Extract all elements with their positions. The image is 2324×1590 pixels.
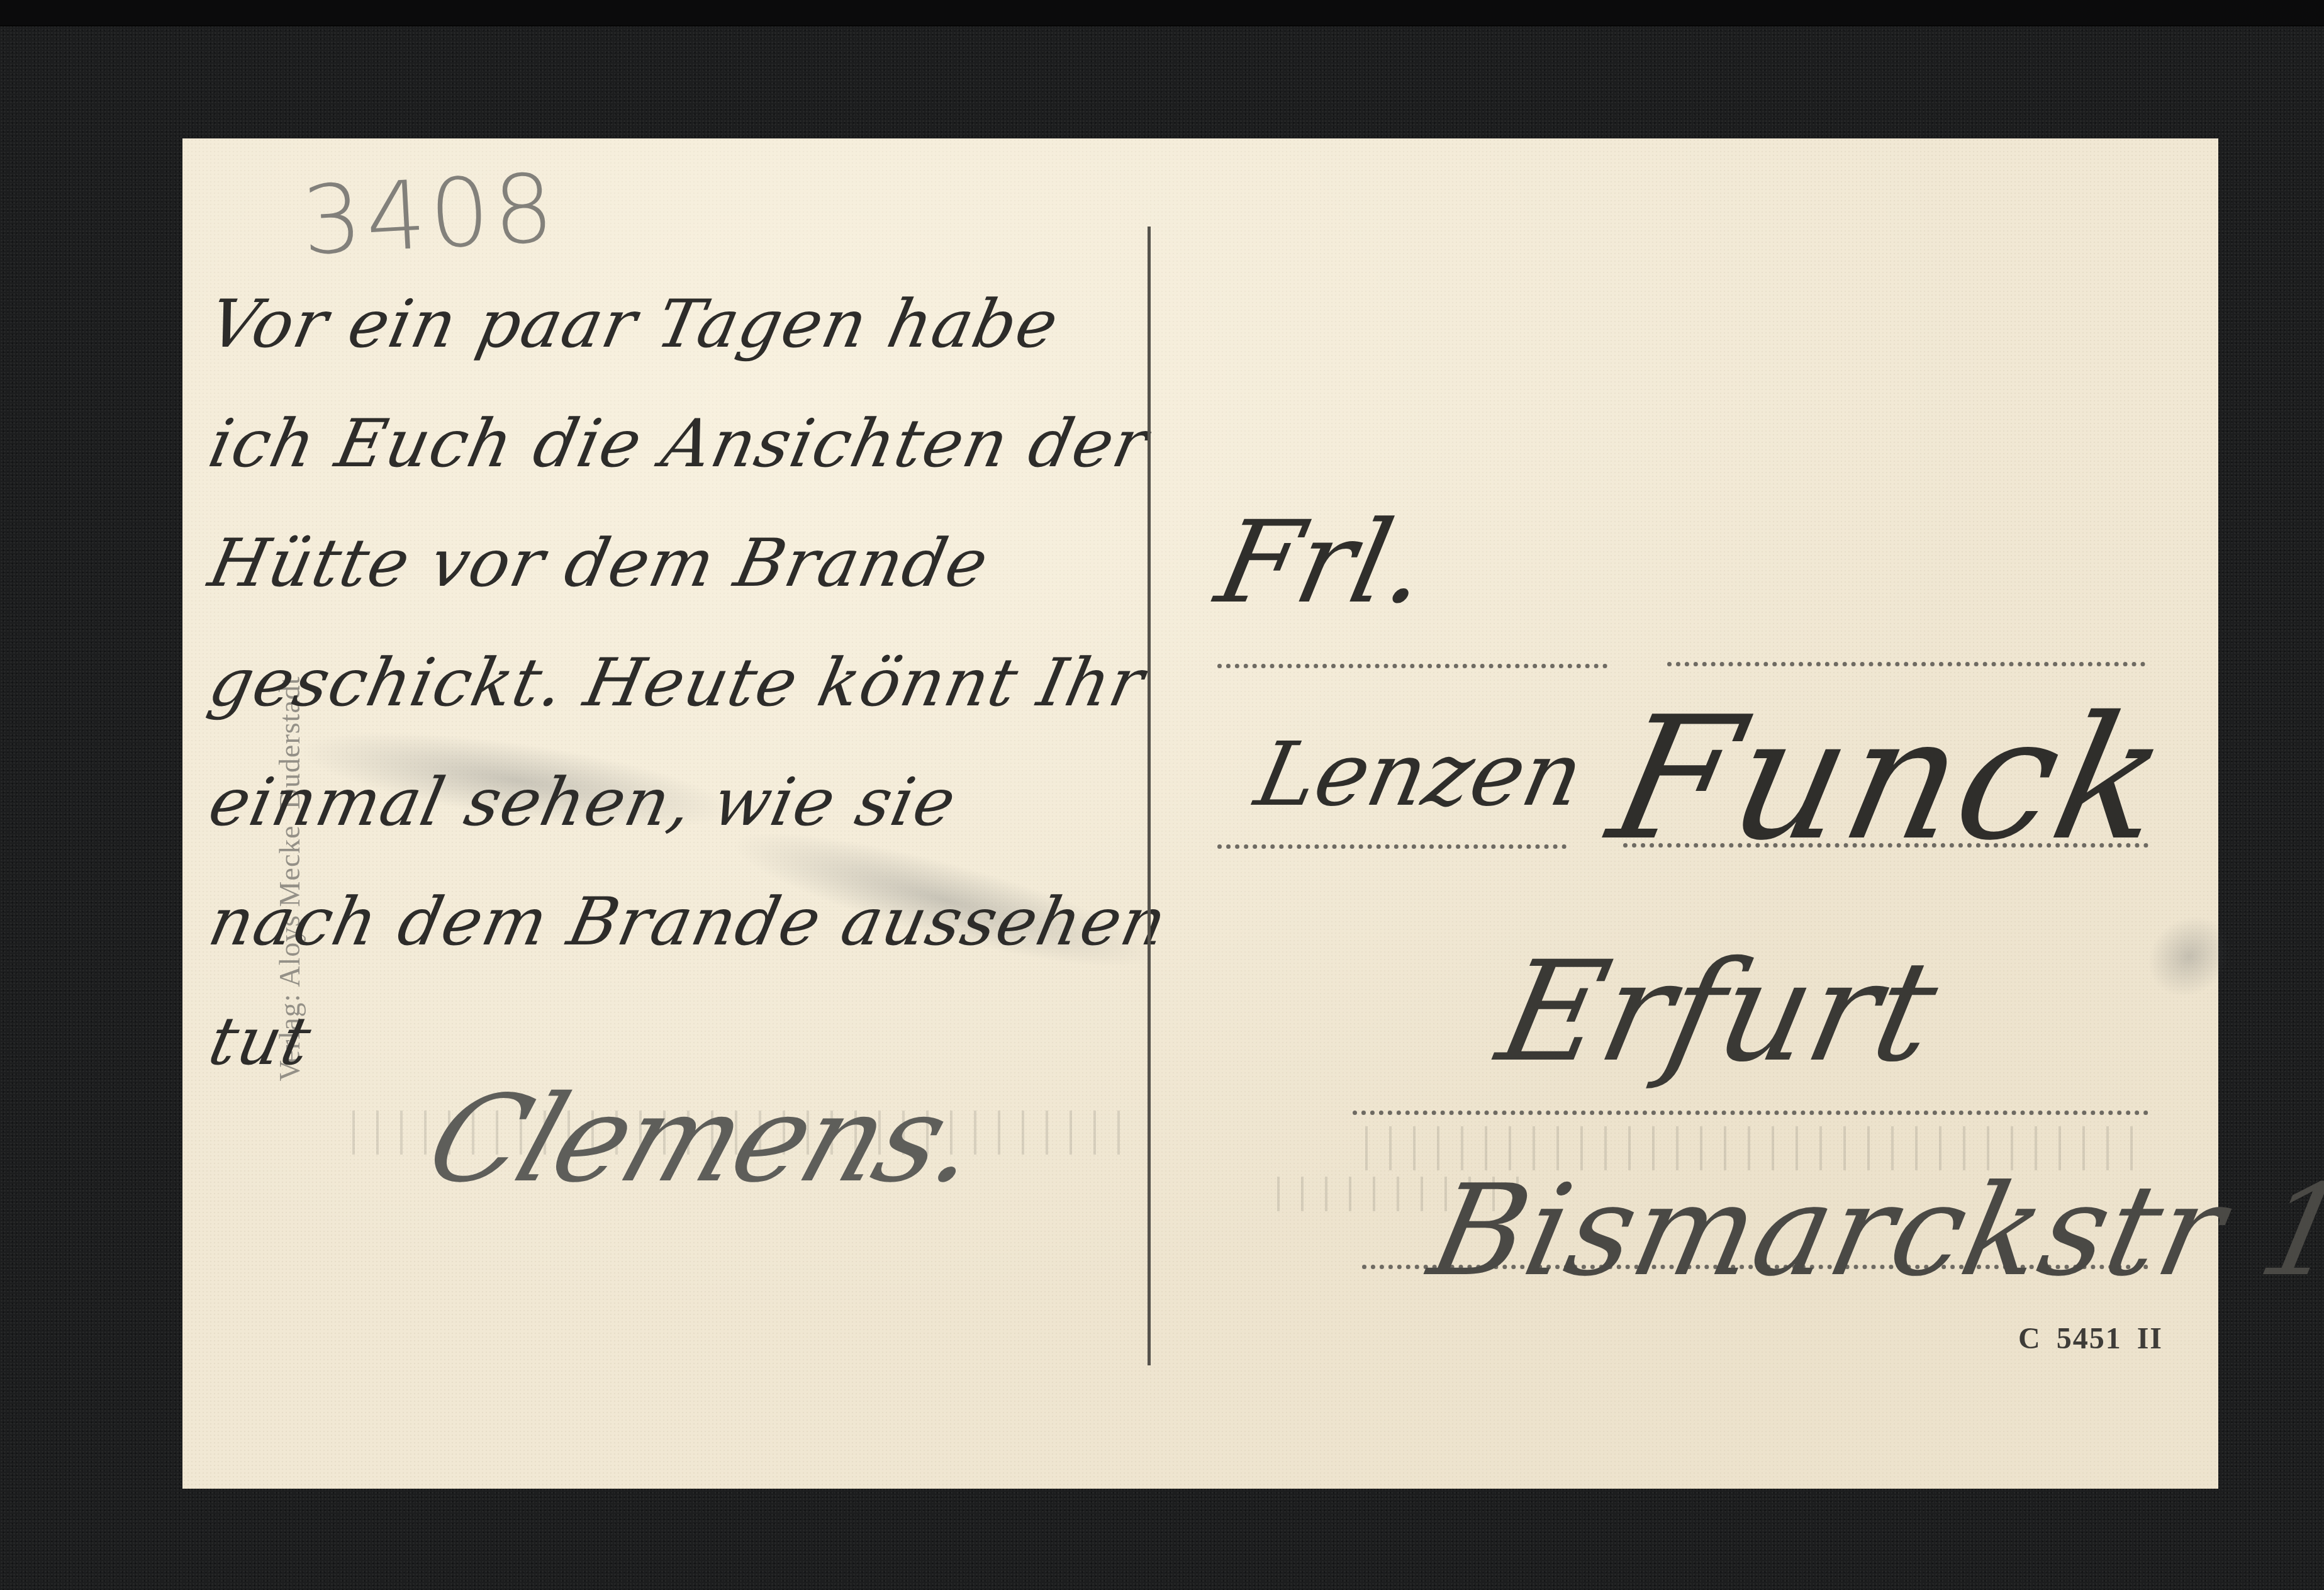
message-line: Vor ein paar Tagen habe bbox=[198, 264, 1148, 384]
ink-smudge bbox=[2131, 899, 2247, 1014]
address-title: Frl. bbox=[1207, 497, 1439, 629]
address-last-name: Funck bbox=[1596, 680, 2186, 878]
address-street: Bismarckstr 14 bbox=[1419, 1158, 2324, 1304]
address-line-3 bbox=[1353, 1111, 2148, 1115]
signature: Clemens. bbox=[411, 1070, 997, 1209]
address-city: Erfurt bbox=[1487, 931, 1950, 1092]
message-line: Hütte vor dem Brande bbox=[198, 503, 1148, 623]
card-code: C 5451 II bbox=[2018, 1321, 2163, 1356]
address-line-2a bbox=[1217, 844, 1567, 849]
message-line: geschickt. Heute könnt Ihr bbox=[198, 623, 1148, 742]
divider-line bbox=[1148, 227, 1151, 1365]
handwritten-message: Vor ein paar Tagen habe ich Euch die Ans… bbox=[211, 264, 1136, 1101]
archive-number: 3408 bbox=[299, 154, 560, 277]
message-line: einmal sehen, wie sie bbox=[198, 742, 1148, 862]
postcard: 3408 Verlag: Aloys Mecke, Duderstadt Vor… bbox=[182, 138, 2218, 1489]
address-line-1b bbox=[1667, 662, 2145, 666]
address-line-1a bbox=[1217, 664, 1607, 668]
address-first-name: Lenzen bbox=[1248, 724, 1592, 826]
message-line: ich Euch die Ansichten der bbox=[198, 384, 1148, 503]
scanner-top-band bbox=[0, 0, 2324, 26]
message-line: nach dem Brande aussehen bbox=[198, 862, 1148, 982]
